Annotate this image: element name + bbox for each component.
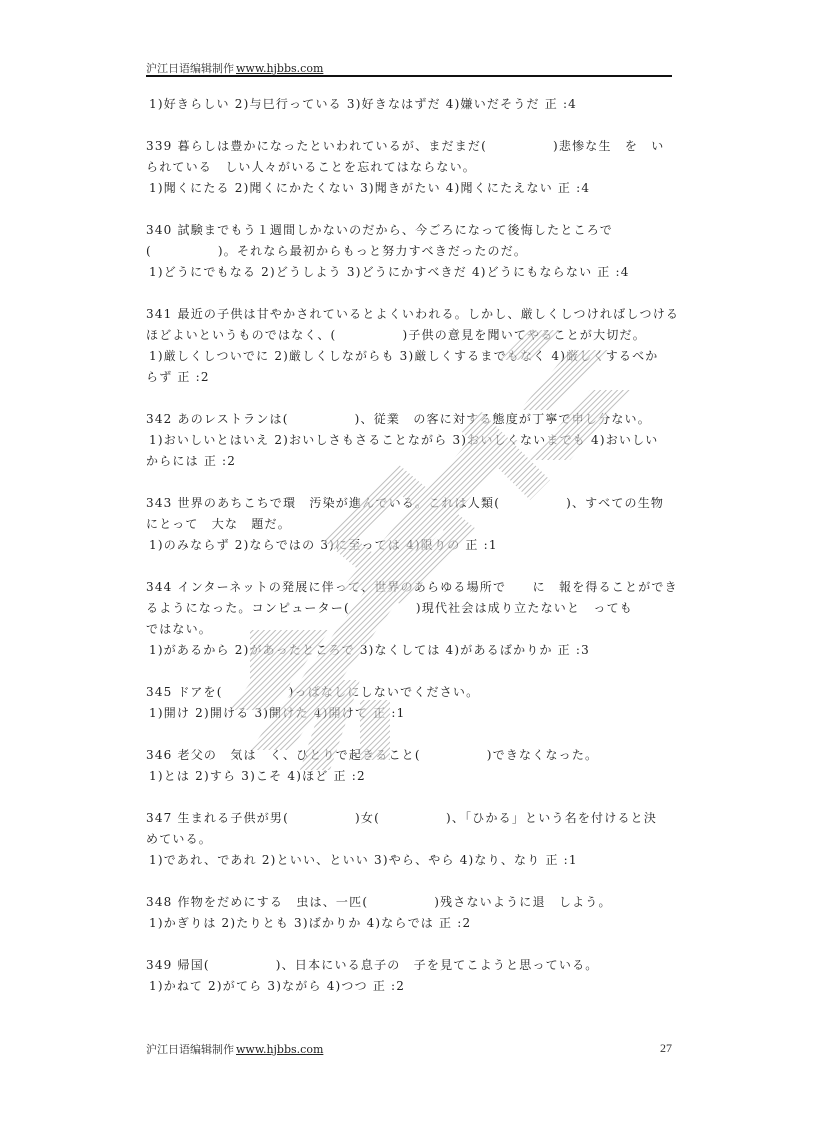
question-347-options: 1)であれ、であれ 2)といい、といい 3)やら、やら 4)なり、なり 正 :1 bbox=[146, 850, 672, 871]
question-349-line-1: 349 帰国( )、日本にいる息子の 子を見てこようと思っている。 bbox=[146, 955, 672, 976]
document-page: 沪江日语编辑制作www.hjbbs.com 1)好きらしい 2)与巳行っている … bbox=[0, 0, 816, 1123]
footer-brand: 沪江日语编辑制作 bbox=[146, 1044, 234, 1056]
question-346-line-1: 346 老父の 気は く、ひとりで起きること( )できなくなった。 bbox=[146, 745, 672, 766]
question-339-line-2: られている しい人々がいることを忘れてはならない。 bbox=[146, 157, 672, 178]
question-344-line-3: ではない。 bbox=[146, 619, 672, 640]
question-344-line-2: るようになった。コンピューター( )現代社会は成り立たないと っても bbox=[146, 598, 672, 619]
exercise-list: 1)好きらしい 2)与巳行っている 3)好きなはずだ 4)嫌いだそうだ 正 :4… bbox=[146, 94, 672, 997]
question-347-line-2: めている。 bbox=[146, 829, 672, 850]
question-342-options-cont: からには 正 :2 bbox=[146, 451, 672, 472]
question-344-line-1: 344 インターネットの発展に伴って、世界のあらゆる場所で に 報を得ることがで… bbox=[146, 577, 672, 598]
page-number: 27 bbox=[660, 1041, 672, 1056]
header-brand: 沪江日语编辑制作 bbox=[146, 63, 234, 75]
question-340-options: 1)どうにでもなる 2)どうしよう 3)どうにかすべきだ 4)どうにもならない … bbox=[146, 262, 672, 283]
question-348-line-1: 348 作物をだめにする 虫は、一匹( )残さないように退 しよう。 bbox=[146, 892, 672, 913]
question-345-line-1: 345 ドアを( )っぱなしにしないでください。 bbox=[146, 682, 672, 703]
question-348-options: 1)かぎりは 2)たりとも 3)ばかりか 4)ならでは 正 :2 bbox=[146, 913, 672, 934]
question-341-line-2: ほどよいというものではなく、( )子供の意見を聞いてやることが大切だ。 bbox=[146, 325, 672, 346]
question-345-options: 1)開け 2)開ける 3)開けた 4)開けて 正 :1 bbox=[146, 703, 672, 724]
question-349-options: 1)かねて 2)がてら 3)ながら 4)つつ 正 :2 bbox=[146, 976, 672, 997]
question-344-options: 1)があるから 2)があったところで 3)なくしては 4)があるばかりか 正 :… bbox=[146, 640, 672, 661]
question-340-line-2: ( )。それなら最初からもっと努力すべきだったのだ。 bbox=[146, 241, 672, 262]
question-342-line-1: 342 あのレストランは( )、従業 の客に対する態度が丁寧で申し分ない。 bbox=[146, 409, 672, 430]
header-rule bbox=[146, 75, 672, 77]
question-341-line-1: 341 最近の子供は甘やかされているとよくいわれる。しかし、厳しくしつければしつ… bbox=[146, 304, 672, 325]
question-343-line-2: にとって 大な 題だ。 bbox=[146, 514, 672, 535]
question-347-line-1: 347 生まれる子供が男( )女( )、「ひかる」という名を付けると決 bbox=[146, 808, 672, 829]
question-340-line-1: 340 試験までもう１週間しかないのだから、今ごろになって後悔したところで bbox=[146, 220, 672, 241]
question-343-line-1: 343 世界のあちこちで環 汚染が進んでいる。これは人類( )、すべての生物 bbox=[146, 493, 672, 514]
question-346-options: 1)とは 2)すら 3)こそ 4)ほど 正 :2 bbox=[146, 766, 672, 787]
page-header: 沪江日语编辑制作www.hjbbs.com bbox=[146, 60, 672, 76]
question-339-line-1: 339 暮らしは豊かになったといわれているが、まだまだ( )悲惨な生 を い bbox=[146, 136, 672, 157]
question-338-options: 1)好きらしい 2)与巳行っている 3)好きなはずだ 4)嫌いだそうだ 正 :4 bbox=[146, 94, 672, 115]
question-342-options: 1)おいしいとはいえ 2)おいしさもさることながら 3)おいしくないまでも 4)… bbox=[146, 430, 672, 451]
page-footer: 沪江日语编辑制作www.hjbbs.com 27 bbox=[146, 1041, 672, 1057]
question-339-options: 1)聞くにたる 2)聞くにかたくない 3)聞きがたい 4)聞くにたえない 正 :… bbox=[146, 178, 672, 199]
header-link[interactable]: www.hjbbs.com bbox=[236, 62, 323, 75]
footer-link[interactable]: www.hjbbs.com bbox=[236, 1043, 323, 1056]
question-341-options-cont: らず 正 :2 bbox=[146, 367, 672, 388]
question-343-options: 1)のみならず 2)ならではの 3)に至っては 4)限りの 正 :1 bbox=[146, 535, 672, 556]
question-341-options: 1)厳しくしついでに 2)厳しくしながらも 3)厳しくするまでもなく 4)厳しく… bbox=[146, 346, 672, 367]
